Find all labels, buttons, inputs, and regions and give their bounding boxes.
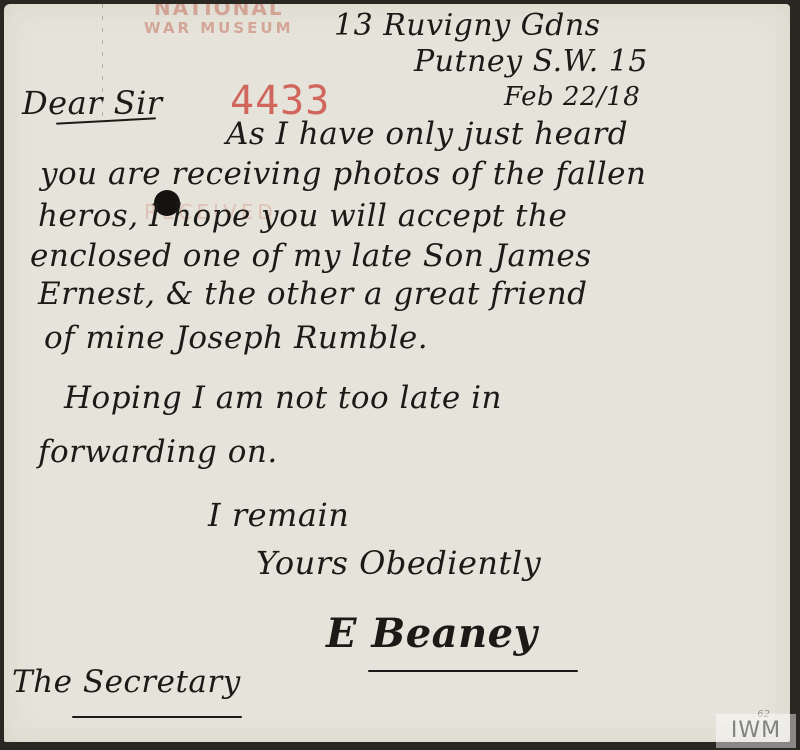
body-line-4: enclosed one of my late Son James	[30, 238, 592, 274]
addressee: The Secretary	[12, 664, 241, 700]
addressee-underline	[72, 716, 242, 718]
body-line-1: As I have only just heard	[226, 116, 628, 152]
body-line-8: forwarding on.	[38, 434, 278, 470]
museum-stamp: NATIONAL WAR MUSEUM	[144, 4, 294, 38]
body-line-3: heros, I hope you will accept the	[38, 198, 567, 234]
letter-date: Feb 22/18	[504, 82, 640, 112]
body-line-6: of mine Joseph Rumble.	[44, 320, 428, 356]
letter-page: NATIONAL WAR MUSEUM 4433 RECEIVED 13 Ruv…	[4, 4, 790, 742]
salutation: Dear Sir	[22, 84, 163, 122]
closing-line-2: Yours Obediently	[256, 544, 541, 582]
address-line-2: Putney S.W. 15	[414, 44, 648, 79]
iwm-watermark: IWM	[716, 714, 796, 748]
closing-line-1: I remain	[208, 496, 349, 534]
body-line-5: Ernest, & the other a great friend	[38, 276, 588, 312]
museum-stamp-line2: WAR MUSEUM	[144, 18, 294, 38]
body-line-2: you are receiving photos of the fallen	[40, 156, 646, 192]
body-line-7: Hoping I am not too late in	[64, 380, 502, 416]
signature: E Beaney	[326, 610, 537, 657]
address-line-1: 13 Ruvigny Gdns	[334, 8, 601, 43]
signature-underline	[368, 670, 578, 672]
